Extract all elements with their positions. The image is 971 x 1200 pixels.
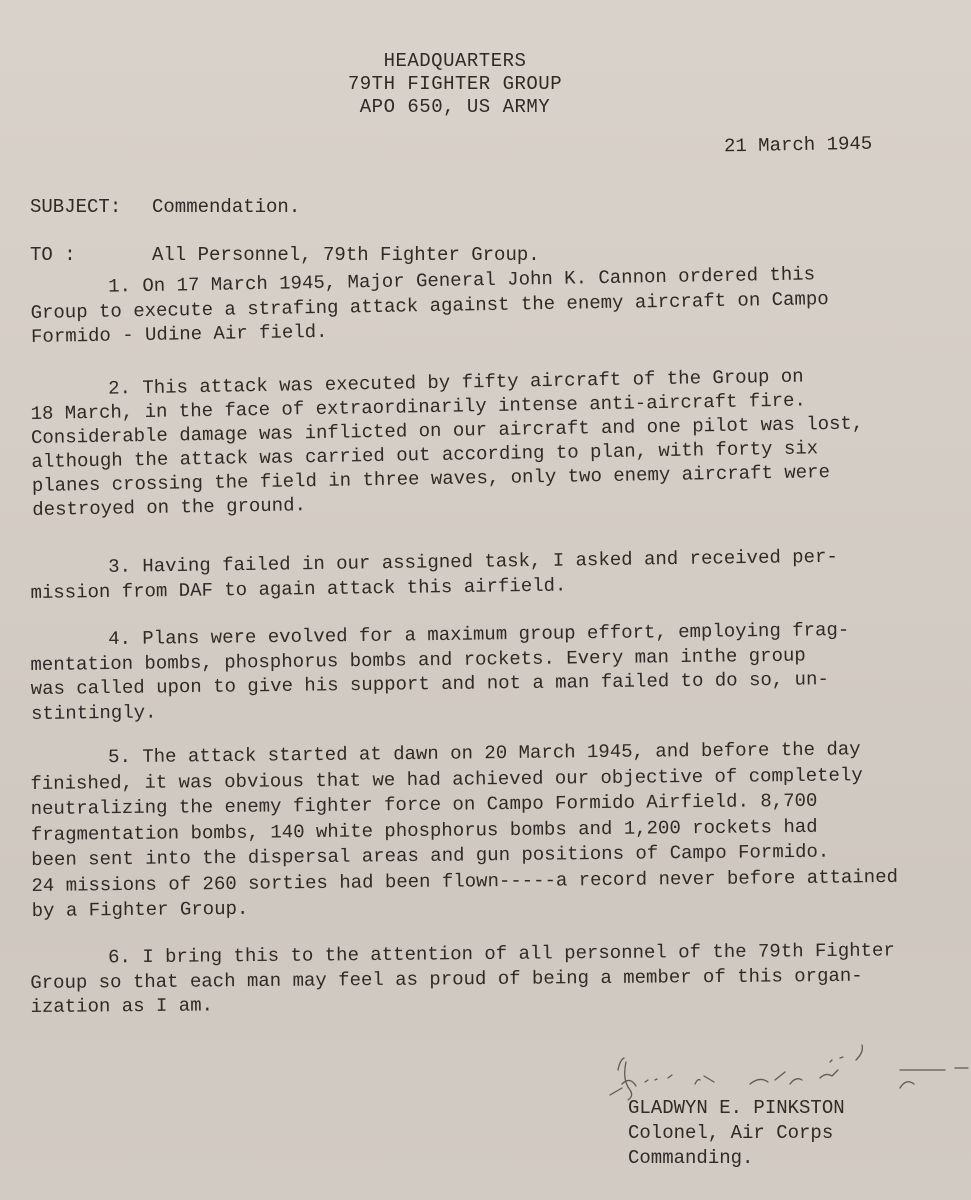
signer-name: GLADWYN E. PINKSTON bbox=[628, 1096, 845, 1121]
letterhead-address: APO 650, US ARMY bbox=[310, 96, 600, 119]
signer-rank: Colonel, Air Corps bbox=[628, 1121, 845, 1146]
to-label: TO : bbox=[30, 244, 152, 266]
paragraph-4: 4. Plans were evolved for a maximum grou… bbox=[30, 617, 971, 726]
signature-block: GLADWYN E. PINKSTON Colonel, Air Corps C… bbox=[628, 1096, 845, 1171]
letterhead-unit: 79TH FIGHTER GROUP bbox=[310, 73, 600, 96]
memo-page: HEADQUARTERS 79TH FIGHTER GROUP APO 650,… bbox=[0, 0, 971, 1200]
memo-date: 21 March 1945 bbox=[724, 133, 873, 158]
paragraph-2: 2. This attack was executed by fifty air… bbox=[30, 362, 971, 522]
signer-title: Commanding. bbox=[628, 1146, 845, 1171]
paragraph-3: 3. Having failed in our assigned task, I… bbox=[30, 543, 971, 605]
to-line: TO :All Personnel, 79th Fighter Group. bbox=[30, 244, 540, 266]
paragraph-5: 5. The attack started at dawn on 20 Marc… bbox=[30, 736, 971, 924]
to-value: All Personnel, 79th Fighter Group. bbox=[152, 244, 540, 266]
subject-line: SUBJECT:Commendation. bbox=[30, 196, 300, 218]
paragraph-1: 1. On 17 March 1945, Major General John … bbox=[30, 260, 971, 350]
paragraph-6: 6. I bring this to the attention of all … bbox=[30, 938, 971, 1020]
letterhead: HEADQUARTERS 79TH FIGHTER GROUP APO 650,… bbox=[310, 50, 600, 119]
subject-label: SUBJECT: bbox=[30, 196, 152, 218]
subject-value: Commendation. bbox=[152, 196, 300, 218]
letterhead-headquarters: HEADQUARTERS bbox=[310, 50, 600, 73]
